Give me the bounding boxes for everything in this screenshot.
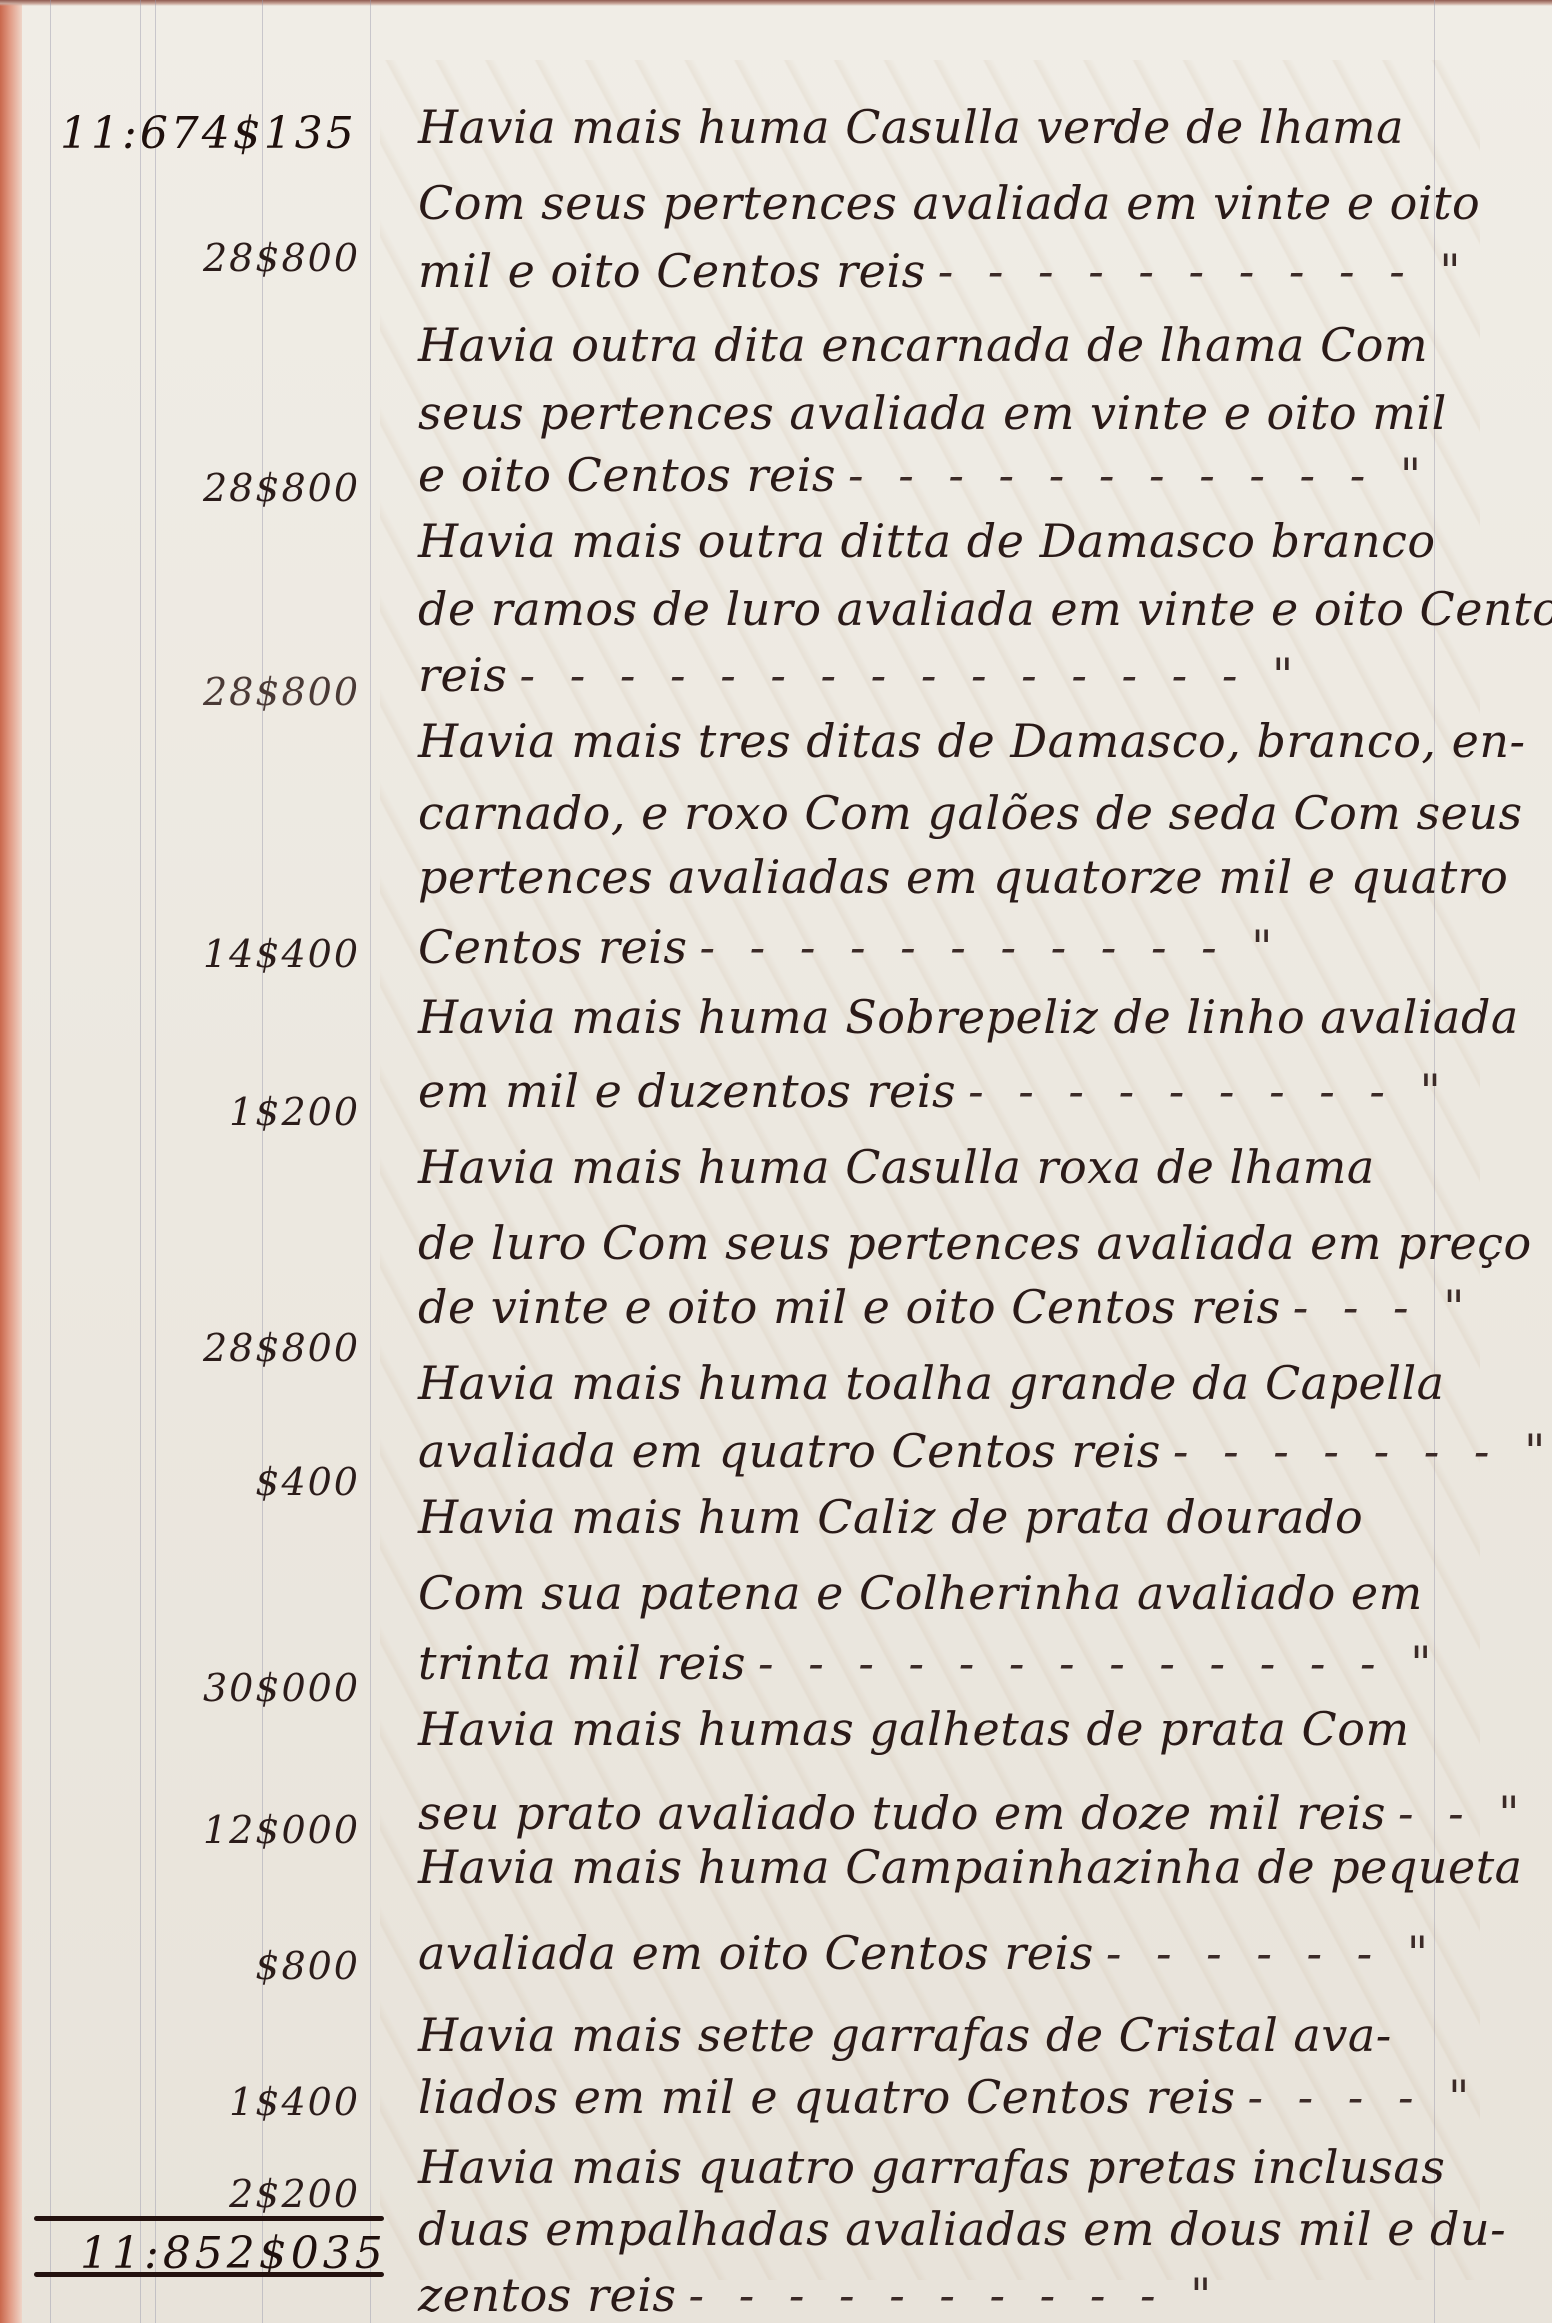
entry-amount: 28$800 <box>203 1326 360 1370</box>
margin-rule <box>50 0 51 2323</box>
brought-forward-amount: 11:674$135 <box>60 108 357 159</box>
entry-amount: 2$200 <box>229 2172 360 2216</box>
entry-line: trinta mil reis- - - - - - - - - - - - -… <box>418 1636 1458 1690</box>
entry-line: Havia mais huma Casulla verde de lhama <box>418 100 1458 154</box>
entry-line: de ramos de luro avaliada em vinte e oit… <box>418 582 1458 636</box>
entry-line: mil e oito Centos reis- - - - - - - - - … <box>418 244 1458 298</box>
entry-amount: 1$400 <box>229 2080 360 2124</box>
entry-line: e oito Centos reis- - - - - - - - - - - … <box>418 448 1458 502</box>
ledger-page: 11:674$135 Havia mais huma Casulla verde… <box>0 0 1552 2323</box>
entry-line: Havia mais outra ditta de Damasco branco <box>418 514 1458 568</box>
entry-line: Havia mais huma toalha grande da Capella <box>418 1356 1458 1410</box>
entry-line: Havia mais tres ditas de Damasco, branco… <box>418 714 1458 768</box>
entry-amount: 28$800 <box>203 466 360 510</box>
entry-line: carnado, e roxo Com galões de seda Com s… <box>418 786 1458 840</box>
margin-rule <box>370 0 371 2323</box>
total-rule-bottom <box>34 2272 384 2277</box>
entry-amount: 30$000 <box>203 1666 360 1710</box>
binding-edge <box>0 0 22 2323</box>
entry-line: liados em mil e quatro Centos reis- - - … <box>418 2070 1458 2124</box>
entry-line: em mil e duzentos reis- - - - - - - - - … <box>418 1064 1458 1118</box>
entry-line: Havia mais huma Campainhazinha de pequet… <box>418 1840 1458 1894</box>
entry-line: avaliada em quatro Centos reis- - - - - … <box>418 1424 1458 1478</box>
entry-amount: 28$800 <box>203 236 360 280</box>
top-page-edge <box>0 0 1552 6</box>
entry-line: Havia mais hum Caliz de prata dourado <box>418 1490 1458 1544</box>
entry-amount: $800 <box>255 1944 360 1988</box>
entry-line: Havia outra dita encarnada de lhama Com <box>418 318 1458 372</box>
entry-amount: 1$200 <box>229 1090 360 1134</box>
entry-line: Havia mais humas galhetas de prata Com <box>418 1702 1458 1756</box>
entry-line: seu prato avaliado tudo em doze mil reis… <box>418 1786 1458 1840</box>
entry-line: Centos reis- - - - - - - - - - - " <box>418 920 1458 974</box>
entry-line: Havia mais sette garrafas de Cristal ava… <box>418 2008 1458 2062</box>
entry-line: Havia mais huma Sobrepeliz de linho aval… <box>418 990 1458 1044</box>
entry-line: avaliada em oito Centos reis- - - - - - … <box>418 1926 1458 1980</box>
entry-amount: 12$000 <box>203 1808 360 1852</box>
entry-line: de luro Com seus pertences avaliada em p… <box>418 1216 1458 1270</box>
total-rule-top <box>34 2216 384 2221</box>
margin-rule <box>155 0 156 2323</box>
entry-line: seus pertences avaliada em vinte e oito … <box>418 386 1458 440</box>
margin-rule <box>140 0 141 2323</box>
entry-amount: $400 <box>255 1460 360 1504</box>
entry-line: duas empalhadas avaliadas em dous mil e … <box>418 2202 1458 2256</box>
entry-line: de vinte e oito mil e oito Centos reis- … <box>418 1280 1458 1334</box>
entry-amount: 28$800 <box>203 670 360 714</box>
entry-line: Com seus pertences avaliada em vinte e o… <box>418 176 1458 230</box>
entry-line: Havia mais huma Casulla roxa de lhama <box>418 1140 1458 1194</box>
entry-line: Com sua patena e Colherinha avaliado em <box>418 1566 1458 1620</box>
entry-line: zentos reis- - - - - - - - - - " <box>418 2268 1458 2322</box>
entry-line: reis- - - - - - - - - - - - - - - " <box>418 648 1458 702</box>
entry-line: Havia mais quatro garrafas pretas inclus… <box>418 2140 1458 2194</box>
entry-amount: 14$400 <box>203 932 360 976</box>
entry-line: pertences avaliadas em quatorze mil e qu… <box>418 850 1458 904</box>
